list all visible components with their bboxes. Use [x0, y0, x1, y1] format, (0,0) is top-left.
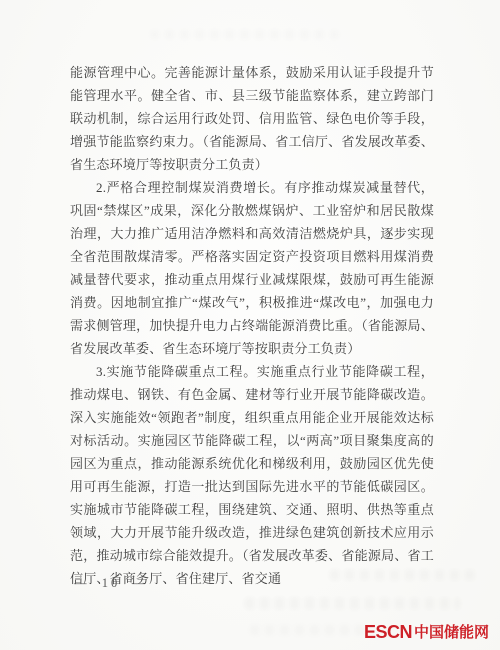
- paragraph-item-3: 3.实施节能降碳重点工程。实施重点行业节能降碳工程，推动煤电、钢铁、有色金属、建…: [70, 360, 434, 590]
- paragraph-item-2: 2.严格合理控制煤炭消费增长。有序推动煤炭减量替代，巩固“禁煤区”成果，深化分散…: [70, 176, 434, 360]
- page-number: — 10 —: [74, 576, 148, 591]
- escn-watermark: ESCN 中国储能网: [364, 623, 489, 641]
- bleed-through-smudge: [250, 625, 370, 635]
- escn-logo-text: ESCN: [364, 623, 412, 641]
- bleed-through-smudge: [150, 30, 340, 39]
- escn-site-name: 中国储能网: [414, 625, 489, 640]
- document-page: 能源管理中心。完善能源计量体系，鼓励采用认证手段提升节能管理水平。健全省、市、县…: [0, 0, 500, 650]
- paragraph-continuation: 能源管理中心。完善能源计量体系，鼓励采用认证手段提升节能管理水平。健全省、市、县…: [70, 61, 434, 176]
- bleed-through-smudge: [245, 598, 460, 609]
- body-text: 能源管理中心。完善能源计量体系，鼓励采用认证手段提升节能管理水平。健全省、市、县…: [70, 61, 434, 590]
